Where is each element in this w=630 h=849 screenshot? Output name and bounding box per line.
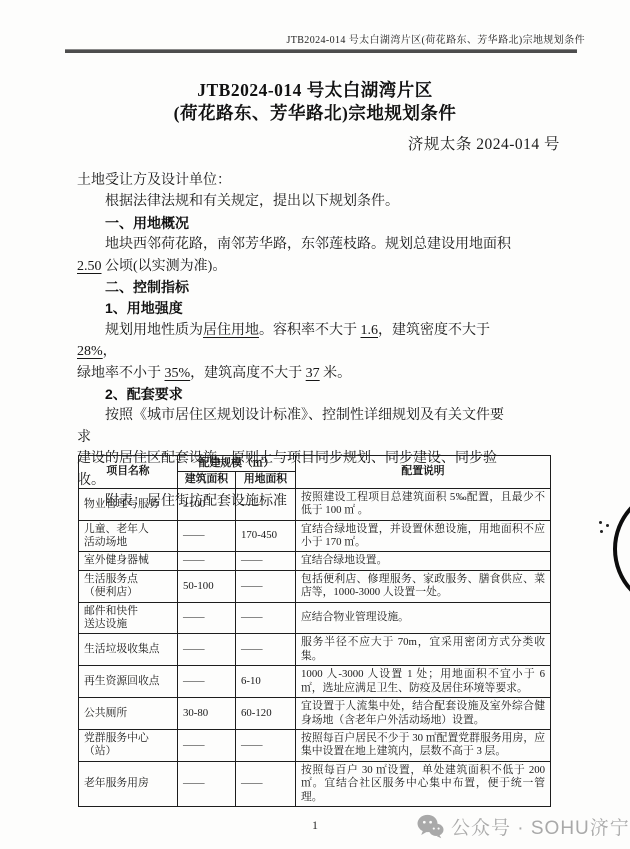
cell-floor-area: —— — [178, 602, 236, 634]
cell-description: 包括便利店、修理服务、家政服务、膳食供应、菜店等，1000-3000 人设置一处… — [296, 570, 551, 602]
cell-description: 宜结合绿地设置，并设置休憩设施，用地面积不应小于 170 ㎡。 — [296, 520, 551, 552]
stamp-circle-partial — [613, 487, 630, 611]
cell-project-name: 儿童、老年人 活动场地 — [79, 520, 178, 552]
subheading-land-intensity: 1、用地强度 — [77, 298, 514, 319]
table-row: 党群服务中心 （站）————按照每百户居民不少于 30 ㎡配置党群服务用房，应集… — [79, 729, 551, 761]
cell-land-area: —— — [236, 552, 296, 570]
cell-land-area: 60-120 — [236, 698, 296, 730]
cell-land-area: 170-450 — [236, 520, 296, 552]
header-rule — [65, 49, 577, 53]
cell-project-name: 物业管理与服务 — [79, 488, 178, 520]
cell-floor-area: —— — [178, 520, 236, 552]
table-row: 室外健身器械————宜结合绿地设置。 — [79, 552, 551, 570]
watermark-text: 公众号 · SOHU济宁 — [451, 813, 630, 840]
cell-project-name: 党群服务中心 （站） — [79, 729, 178, 761]
para-intro: 根据法律法规和有关规定，提出以下规划条件。 — [77, 191, 514, 212]
cell-land-area: —— — [236, 570, 296, 602]
table-row: 生活垃圾收集点————服务半径不应大于 70m，宜采用密闭方式分类收集。 — [79, 634, 551, 666]
cell-description: 按照每百户居民不少于 30 ㎡配置党群服务用房，应集中设置在地上建筑内，层数不高… — [296, 729, 551, 761]
running-header: JTB2024-014 号太白湖湾片区(荷花路东、芳华路北)宗地规划条件 — [286, 31, 585, 46]
cell-description: 宜设置于人流集中处，结合配套设施及室外综合健身场地（含老年户外活动场地）设置。 — [296, 698, 551, 730]
cell-description: 按照每百户 30 ㎡设置，单处建筑面积不低于 200 ㎡。宜结合社区服务中心集中… — [296, 761, 551, 806]
col-header-land-area: 用地面积 — [236, 472, 296, 488]
cell-description: 宜结合绿地设置。 — [296, 552, 551, 570]
col-header-project-name: 项目名称 — [79, 456, 178, 489]
cell-land-area: —— — [236, 634, 296, 666]
cell-project-name: 邮件和快件 送达设施 — [79, 602, 178, 634]
cell-project-name: 再生资源回收点 — [79, 666, 178, 698]
watermark: 公众号 · SOHU济宁 — [417, 813, 630, 840]
cell-floor-area: —— — [178, 666, 236, 698]
cell-description: 1000 人-3000 人设置 1 处；用地面积不宜小于 6 ㎡，选址应满足卫生… — [296, 666, 551, 698]
cell-project-name: 公共厕所 — [79, 698, 178, 730]
cell-project-name: 老年服务用房 — [79, 761, 178, 806]
table-row: 生活服务点 （便利店）50-100——包括便利店、修理服务、家政服务、膳食供应、… — [79, 570, 551, 602]
table-row: 物业管理与服务≥100——按照建设工程项目总建筑面积 5‰配置，且最少不低于 1… — [79, 488, 551, 520]
subheading-supporting-requirements: 2、配套要求 — [77, 384, 514, 405]
cell-land-area: —— — [236, 729, 296, 761]
cell-land-area: —— — [236, 602, 296, 634]
title-line-2: (荷花路东、芳华路北)宗地规划条件 — [0, 102, 630, 125]
table-row: 儿童、老年人 活动场地——170-450宜结合绿地设置，并设置休憩设施，用地面积… — [79, 520, 551, 552]
cell-land-area: 6-10 — [236, 666, 296, 698]
table-header-row-1: 项目名称 配建规模（㎡） 配置说明 — [79, 456, 551, 472]
stamp-ink-marks — [599, 521, 602, 524]
cell-land-area: —— — [236, 761, 296, 806]
cell-floor-area: —— — [178, 634, 236, 666]
cell-description: 应结合物业管理设施。 — [296, 602, 551, 634]
document-title: JTB2024-014 号太白湖湾片区 (荷花路东、芳华路北)宗地规划条件 — [0, 79, 630, 125]
col-header-description: 配置说明 — [296, 456, 551, 489]
cell-floor-area: 30-80 — [178, 698, 236, 730]
facilities-standard-table: 项目名称 配建规模（㎡） 配置说明 建筑面积 用地面积 物业管理与服务≥100—… — [78, 455, 551, 807]
cell-description: 服务半径不应大于 70m，宜采用密闭方式分类收集。 — [296, 634, 551, 666]
table-row: 邮件和快件 送达设施————应结合物业管理设施。 — [79, 602, 551, 634]
cell-project-name: 生活服务点 （便利店） — [79, 570, 178, 602]
cell-floor-area: —— — [178, 729, 236, 761]
title-line-1: JTB2024-014 号太白湖湾片区 — [0, 79, 630, 102]
cell-land-area: —— — [236, 488, 296, 520]
table-row: 再生资源回收点——6-101000 人-3000 人设置 1 处；用地面积不宜小… — [79, 666, 551, 698]
para-land-overview: 地块西邻荷花路，南邻芳华路，东邻莲枝路。规划总建设用地面积2.50 公顷(以实测… — [77, 234, 514, 277]
document-page: JTB2024-014 号太白湖湾片区(荷花路东、芳华路北)宗地规划条件 JTB… — [0, 0, 630, 849]
para-land-intensity: 规划用地性质为居住用地。容积率不大于 1.6，建筑密度不大于 28%，绿地率不小… — [77, 320, 514, 384]
cell-floor-area: 50-100 — [178, 570, 236, 602]
heading-land-overview: 一、用地概况 — [77, 213, 514, 234]
col-header-floor-area: 建筑面积 — [178, 472, 236, 488]
cell-project-name: 室外健身器械 — [79, 552, 178, 570]
table-row: 老年服务用房————按照每百户 30 ㎡设置，单处建筑面积不低于 200 ㎡。宜… — [79, 761, 551, 806]
wechat-icon — [417, 814, 444, 839]
salutation: 土地受让方及设计单位： — [77, 170, 514, 191]
cell-floor-area: ≥100 — [178, 488, 236, 520]
cell-description: 按照建设工程项目总建筑面积 5‰配置，且最少不低于 100 ㎡ 。 — [296, 488, 551, 520]
cell-project-name: 生活垃圾收集点 — [79, 634, 178, 666]
cell-floor-area: —— — [178, 552, 236, 570]
col-header-scale-group: 配建规模（㎡） — [178, 456, 296, 472]
heading-control-indicators: 二、控制指标 — [77, 277, 514, 298]
cell-floor-area: —— — [178, 761, 236, 806]
document-number: 济规太条 2024-014 号 — [408, 132, 560, 154]
table-row: 公共厕所30-8060-120宜设置于人流集中处，结合配套设施及室外综合健身场地… — [79, 698, 551, 730]
